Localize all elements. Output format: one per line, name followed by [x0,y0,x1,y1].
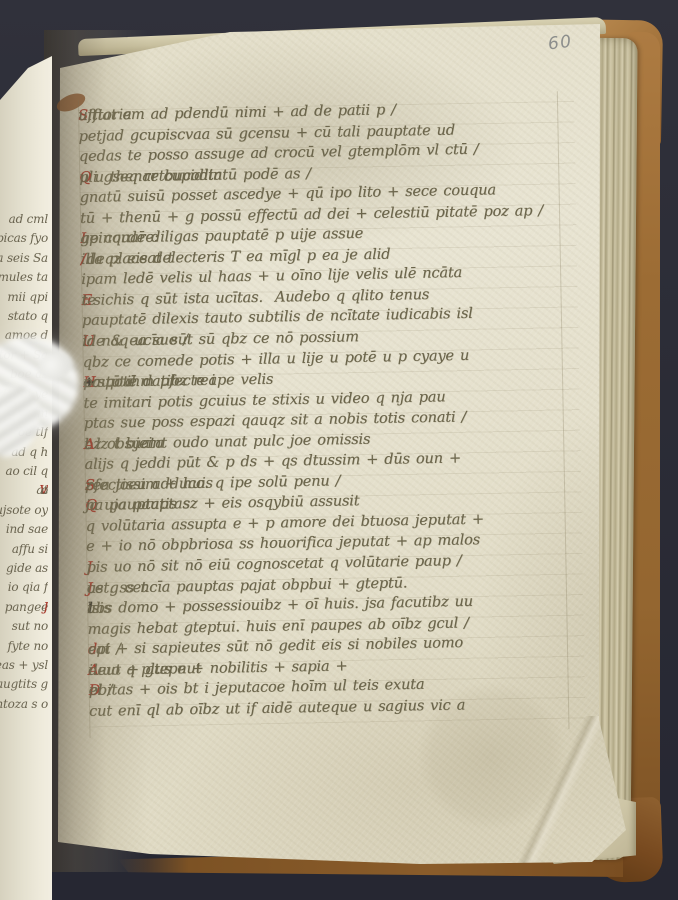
margin-fragment: ind sae [0,520,48,539]
previous-page-edge: ad cmlpicas fyoa seis Saemules tamii qpi… [0,56,52,900]
folio-number: 60 [547,32,574,55]
ink-text: io qia f [8,578,48,597]
ink-text: stato q [8,307,48,326]
margin-fragment: a seis Sa [0,249,48,268]
margin-fragment: affu si [0,540,48,559]
ink-text: weas + ysl [0,656,48,675]
ink-text: mii qpi [7,288,48,307]
manuscript-photo: 60 uittoria Suffiat em ad pdendū nimi + … [0,0,678,900]
ink-text: picas fyo [0,229,48,248]
margin-fragment: sut no [0,617,48,636]
margin-fragment: ujsote oy [0,501,48,520]
ink-text: fyte no [7,637,48,656]
margin-fragment: mii qpi [0,288,48,307]
gutter-shadow [44,30,148,872]
margin-fragment: gide as [0,559,48,578]
manuscript-text-block: uittoria Suffiat em ad pdendū nimi + ad … [78,97,577,730]
ink-text: pangee [5,598,48,617]
ink-text: ao cil q [6,462,49,481]
ink-text: a seis Sa [0,249,48,268]
ink-text: gide as [6,559,48,578]
margin-fragment: stato q [0,307,48,326]
margin-fragment: fyte no [0,637,48,656]
ink-text: ujsote oy [0,501,48,520]
ink-text: sut no [12,617,48,636]
rubricated-letter: J [43,598,48,617]
ink-text: emules ta [0,268,48,287]
margin-fragment: augtits g [0,675,48,694]
margin-fragment: pangee J [0,598,48,617]
margin-fragment: ao cil q [0,462,48,481]
margin-fragment: at Vo [0,481,48,500]
ink-text: affu si [12,540,48,559]
margin-fragment: picas fyo [0,229,48,248]
ink-text: antoza s o [0,695,48,714]
margin-fragment: ad cml [0,210,48,229]
ink-text: ad cml [9,210,48,229]
margin-fragment: antoza s o [0,695,48,714]
previous-page-text-column: ad cmlpicas fyoa seis Saemules tamii qpi… [0,210,48,714]
margin-fragment: emules ta [0,268,48,287]
margin-fragment: weas + ysl [0,656,48,675]
ink-text: ind sae [6,520,48,539]
ink-text: augtits g [0,675,48,694]
ink-text: o [41,481,48,500]
margin-fragment: io qia f [0,578,48,597]
